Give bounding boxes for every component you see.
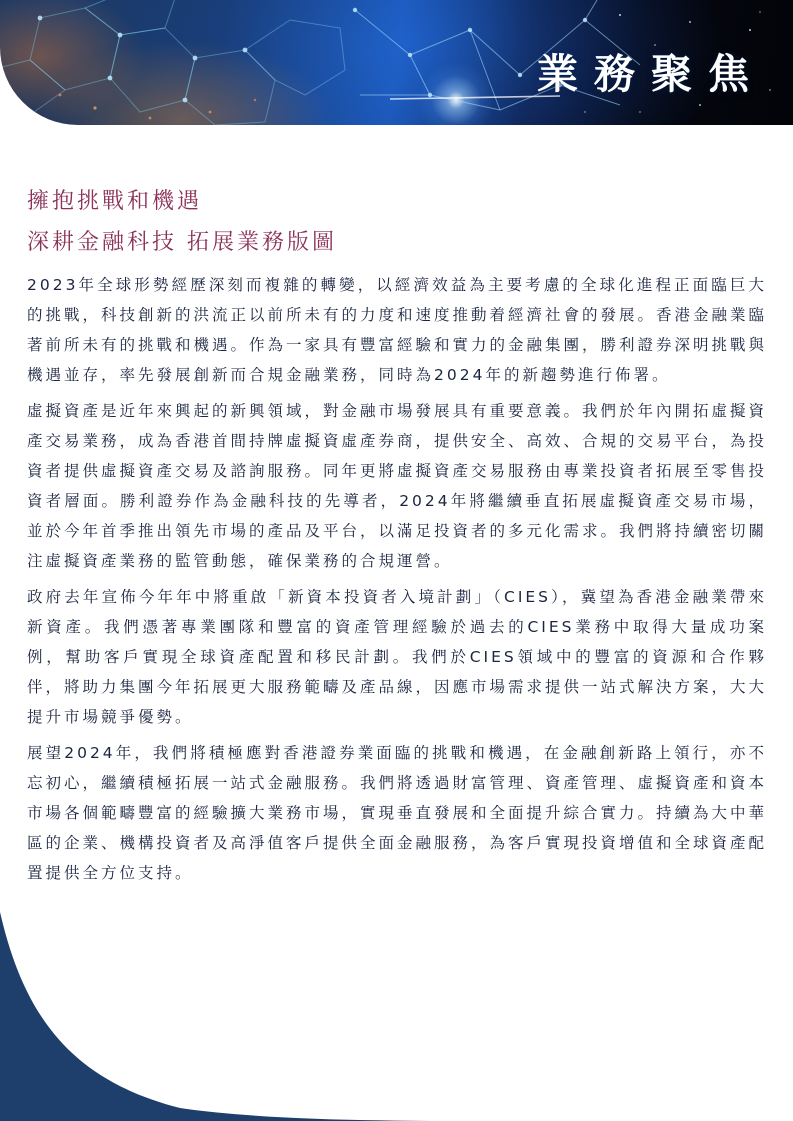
wedge-shape bbox=[0, 912, 660, 1121]
paragraph-1: 2023年全球形勢經歷深刻而複雜的轉變，以經濟效益為主要考慮的全球化進程正面臨巨… bbox=[27, 270, 767, 390]
paragraph-3: 政府去年宣佈今年年中將重啟「新資本投資者入境計劃」（CIES），冀望為香港金融業… bbox=[27, 582, 767, 732]
banner-title: 業務聚焦 bbox=[537, 54, 765, 95]
headline-line-2: 深耕金融科技 拓展業務版圖 bbox=[27, 222, 337, 263]
document-page: 業務聚焦 擁抱挑戰和機遇 深耕金融科技 拓展業務版圖 2023年全球形勢經歷深刻… bbox=[0, 0, 793, 1121]
paragraph-2: 虛擬資產是近年來興起的新興領域，對金融市場發展具有重要意義。我們於年內開拓虛擬資… bbox=[27, 396, 767, 576]
headline-line-1: 擁抱挑戰和機遇 bbox=[27, 181, 337, 222]
headline-block: 擁抱挑戰和機遇 深耕金融科技 拓展業務版圖 bbox=[27, 181, 337, 263]
paragraph-4: 展望2024年，我們將積極應對香港證券業面臨的挑戰和機遇，在金融創新路上領行，亦… bbox=[27, 738, 767, 888]
header-banner-image: 業務聚焦 bbox=[0, 0, 793, 125]
body-paragraphs: 2023年全球形勢經歷深刻而複雜的轉變，以經濟效益為主要考慮的全球化進程正面臨巨… bbox=[27, 270, 767, 894]
bottom-corner-wedge-graphic bbox=[0, 906, 660, 1121]
